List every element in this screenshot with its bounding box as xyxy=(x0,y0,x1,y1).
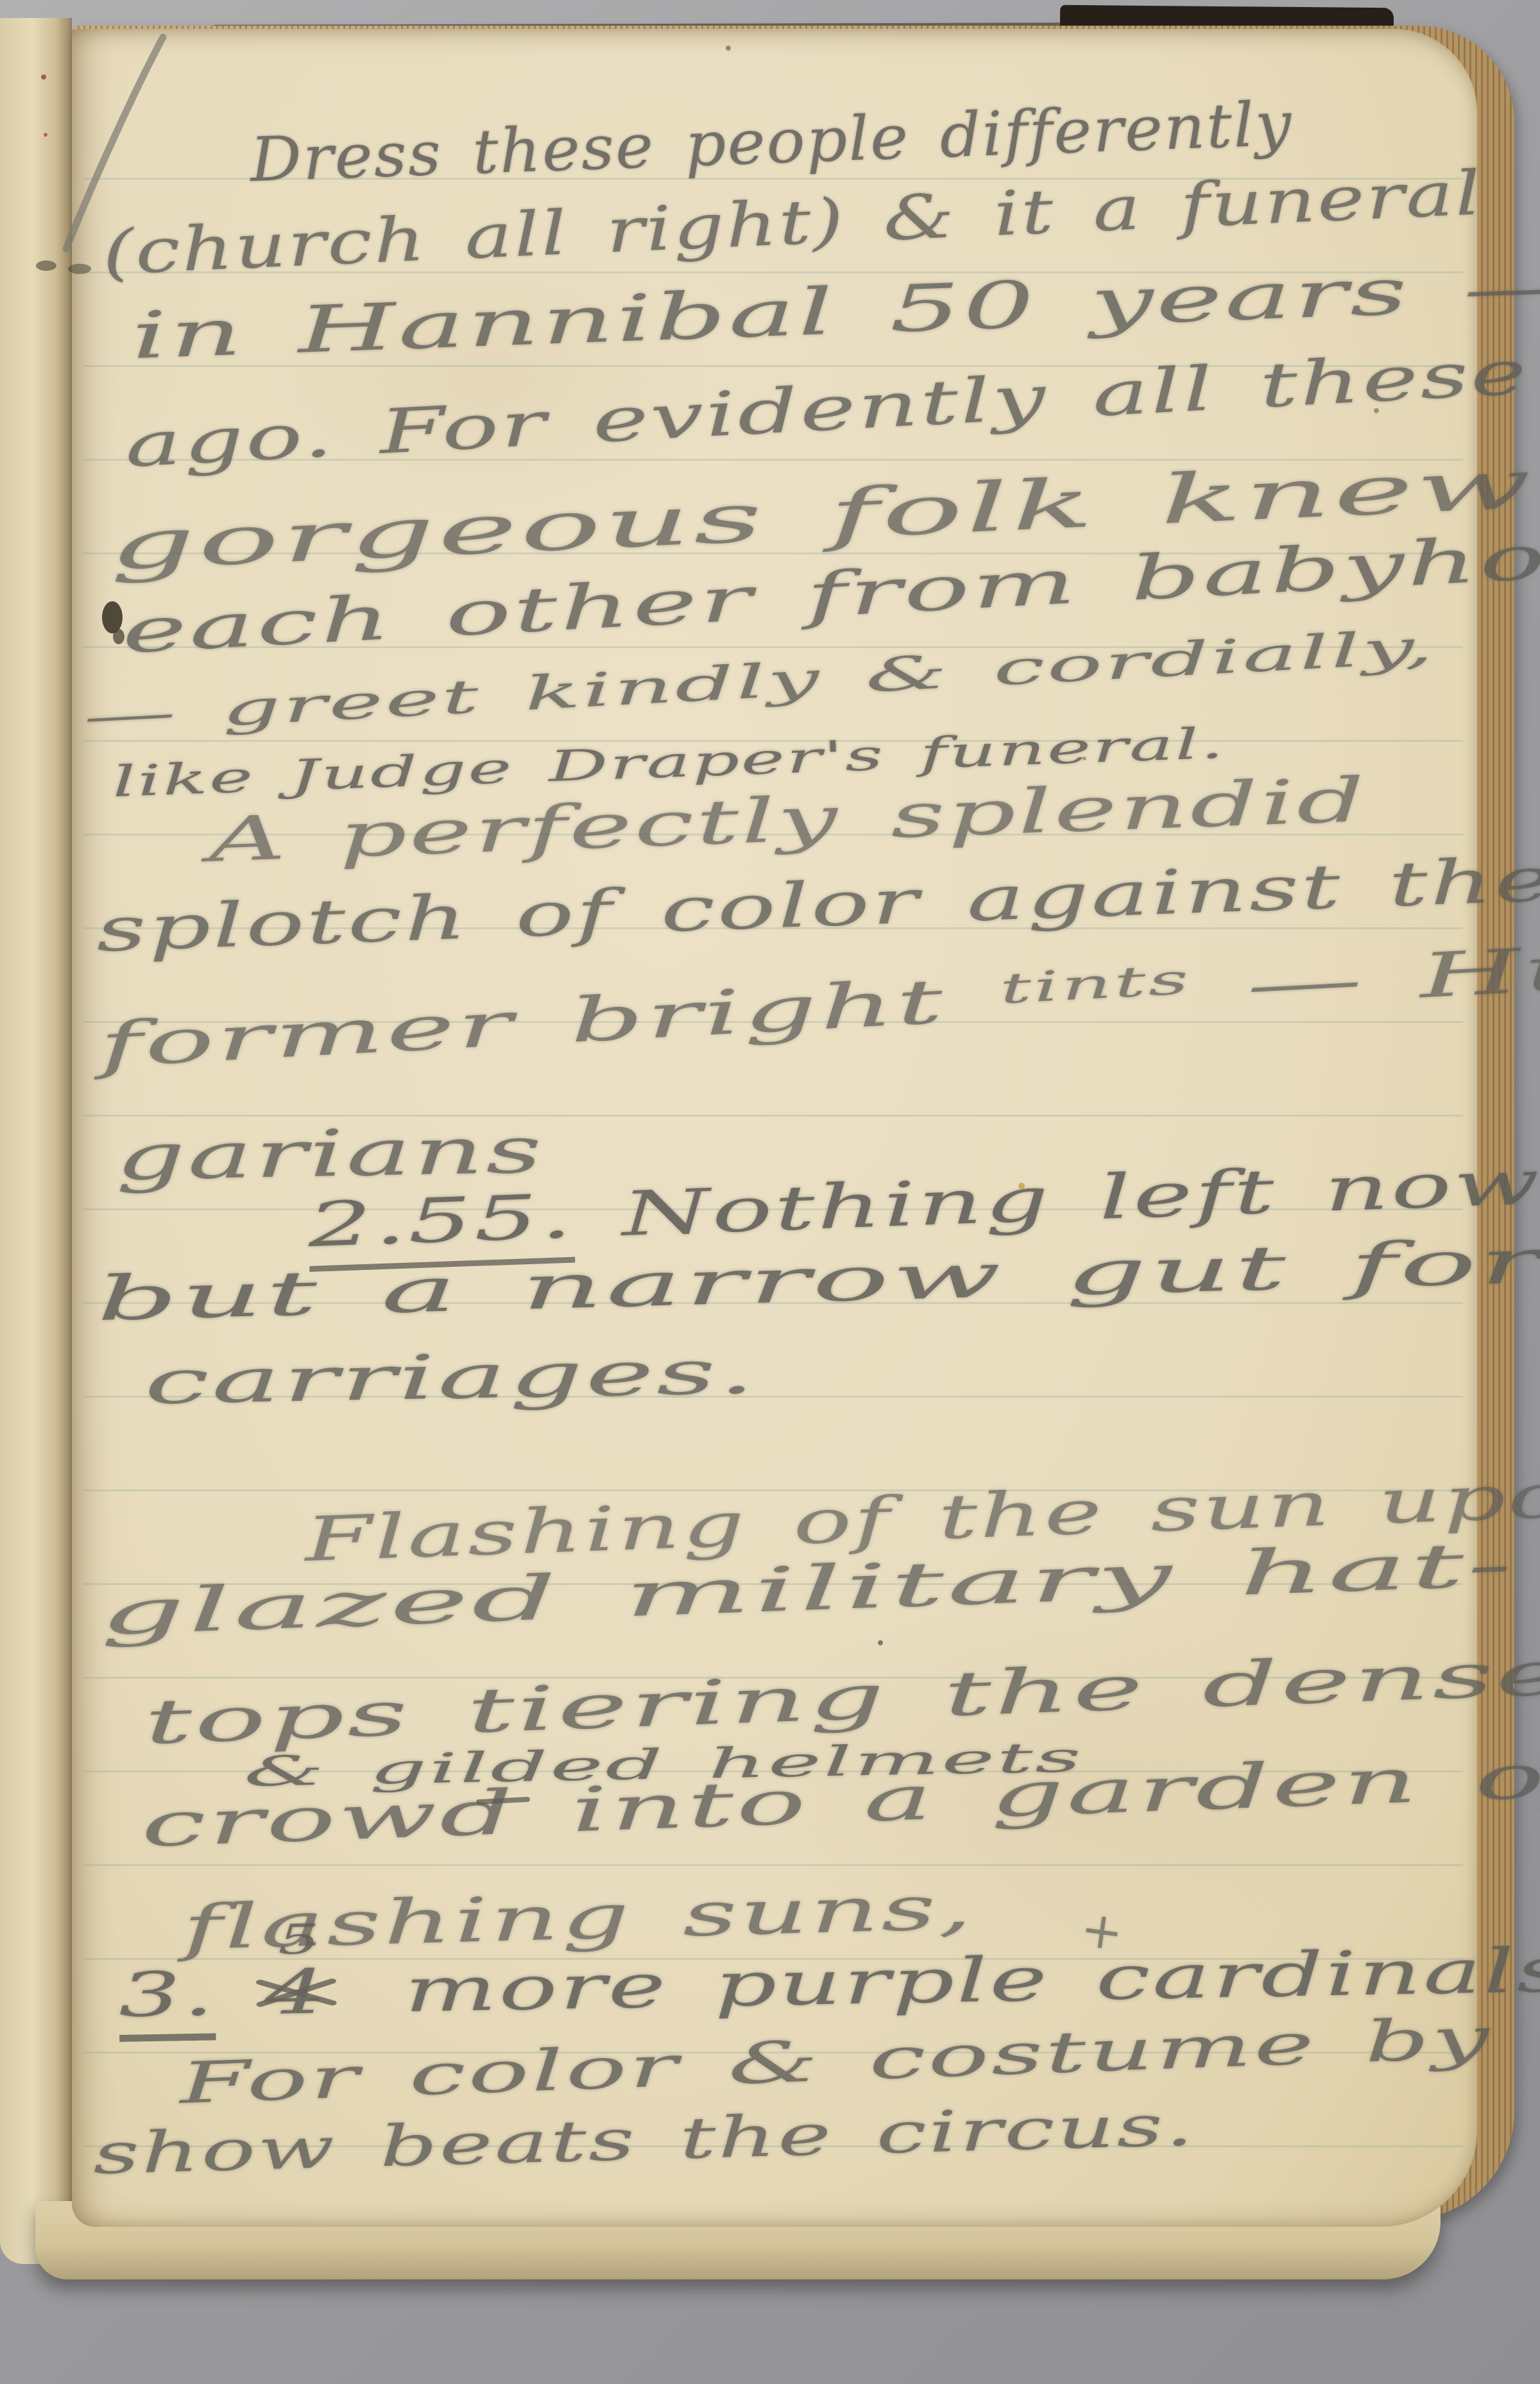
underlined-item-number: 3. xyxy=(118,1959,216,2042)
manuscript-line: carriages. xyxy=(144,1337,758,1418)
manuscript-line: garians xyxy=(115,1112,545,1195)
corrected-count: 45 xyxy=(264,1957,329,2028)
cross-out-mark: 4 xyxy=(264,1957,329,2028)
raised-word: tints xyxy=(998,956,1192,1013)
inserted-number: 5 xyxy=(277,1916,321,1964)
previous-page-edge xyxy=(0,18,72,2264)
notebook-photo: Dress these people differently (church a… xyxy=(0,0,1540,2384)
